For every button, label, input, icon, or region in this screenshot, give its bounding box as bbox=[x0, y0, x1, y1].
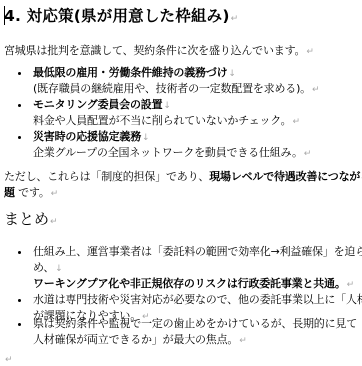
caveat-paragraph-cont[interactable]: 題 です。↵ bbox=[4, 184, 58, 200]
bullet-icon bbox=[18, 251, 21, 254]
bullet-icon bbox=[18, 104, 21, 107]
paragraph-mark: ↵ bbox=[347, 280, 354, 290]
bullet-icon bbox=[18, 136, 21, 139]
paragraph-mark: ↵ bbox=[306, 47, 313, 57]
document-page: 4. 対応策(県が用意した枠組み)↵ 宮城県は批判を意識して、契約条件に次を盛り… bbox=[0, 0, 362, 366]
bullet-icon bbox=[18, 299, 21, 302]
paragraph-mark: ↵ bbox=[51, 189, 58, 199]
summary-item[interactable]: 県は契約条件や監視で一定の歯止めをかけているが、長期的に見て「待遇と bbox=[33, 315, 362, 331]
intro-paragraph[interactable]: 宮城県は批判を意識して、契約条件に次を盛り込んでいます。↵ bbox=[4, 42, 314, 58]
line-break-mark: ↓ bbox=[142, 133, 149, 143]
paragraph-mark: ↵ bbox=[304, 149, 311, 159]
measure-title[interactable]: 災害時の応援協定義務↓ bbox=[33, 128, 149, 144]
paragraph-mark: ↵ bbox=[292, 117, 299, 127]
caveat-paragraph[interactable]: ただし、これらは「制度的担保」であり、現場レベルで待遇改善につながるかは別問 bbox=[4, 168, 362, 184]
measure-title[interactable]: モニタリング委員会の設置↓ bbox=[33, 96, 171, 112]
line-break-mark: ↓ bbox=[163, 101, 170, 111]
paragraph-mark: ↵ bbox=[239, 336, 246, 346]
paragraph-mark: ↵ bbox=[50, 217, 58, 227]
measure-title[interactable]: 最低限の雇用・労働条件維持の義務づけ↓ bbox=[33, 64, 236, 80]
summary-item[interactable]: 仕組み上、運営事業者は「委託料の範囲で効率化→利益確保」を迫られるた bbox=[33, 243, 362, 259]
paragraph-mark: ↵ bbox=[231, 14, 239, 24]
line-break-mark: ↓ bbox=[228, 69, 235, 79]
summary-item-bold[interactable]: ワーキングプア化や非正規依存のリスクは行政委託事業と共通。↵ bbox=[33, 275, 354, 291]
summary-item-cont[interactable]: 人材確保が両立できるか」が最大の焦点。↵ bbox=[33, 331, 247, 347]
measure-detail[interactable]: 料金や人員配置が不当に削られていないかチェック。↵ bbox=[33, 112, 300, 128]
section-heading[interactable]: 4. 対応策(県が用意した枠組み)↵ bbox=[4, 4, 238, 26]
measure-detail[interactable]: (既存職員の継続雇用や、技術者の一定数配置を求める)。↵ bbox=[33, 80, 319, 96]
summary-item-cont[interactable]: め、↓ bbox=[33, 259, 63, 275]
line-break-mark: ↓ bbox=[55, 264, 62, 274]
summary-heading[interactable]: まとめ↵ bbox=[4, 208, 58, 229]
summary-item[interactable]: 水道は専門技術や災害対応が必要なので、他の委託事業以上に「人材確保」 bbox=[33, 291, 362, 307]
paragraph-mark: ↵ bbox=[312, 85, 319, 95]
measure-detail[interactable]: 企業グループの全国ネットワークを動員できる仕組み。↵ bbox=[33, 144, 311, 160]
bullet-icon bbox=[18, 323, 21, 326]
bullet-icon bbox=[18, 72, 21, 75]
paragraph-mark: ↵ bbox=[5, 355, 12, 365]
empty-paragraph[interactable]: ↵ bbox=[4, 352, 12, 365]
